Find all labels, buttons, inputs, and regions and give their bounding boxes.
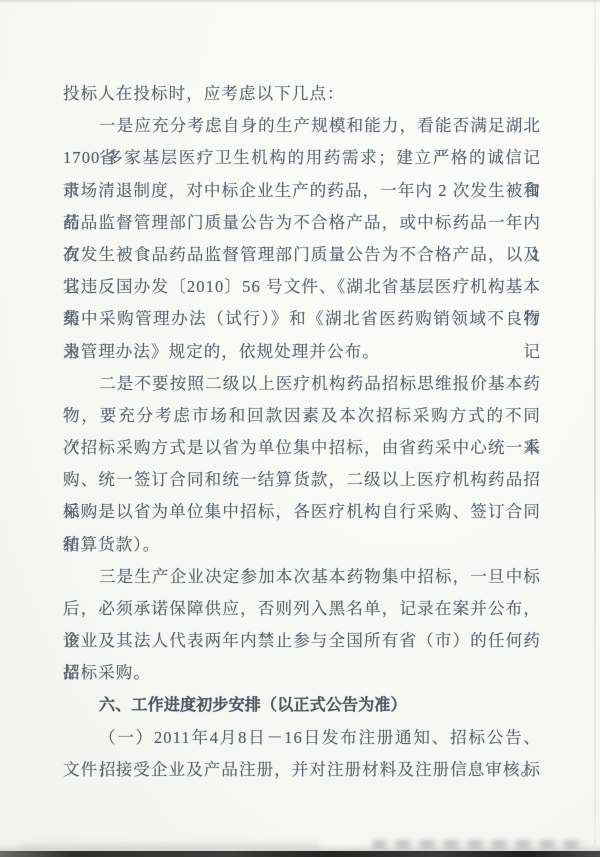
paper-top-edge: [0, 0, 600, 3]
text-line: 药品监督管理部门质量公告为不合格产品，或中标药品一年内有 1: [63, 207, 541, 239]
text-line: 次发生被食品药品监督管理部门质量公告为不合格产品，以及其: [63, 239, 541, 271]
paper-bottom-edge: [0, 844, 600, 851]
text-line: 市场清退制度，对中标企业生产的药品，一年内 2 次发生被食品: [63, 175, 541, 207]
text-line: 次招标采购方式是以省为单位集中招标，由省药采中心统一采: [63, 432, 541, 464]
text-line: 物，要充分考虑市场和回款因素及本次招标采购方式的不同（本: [63, 400, 541, 432]
text-line: 采购是以省为单位集中招标，各医疗机构自行采购、签订合同和: [63, 496, 541, 528]
text-line: 三是生产企业决定参加本次基本药物集中招标，一旦中标: [63, 561, 541, 593]
text-line: 结算货款）。: [63, 529, 541, 561]
text-line: （一）2011年4月8日－16日发布注册通知、招标公告、招标: [63, 722, 541, 754]
text-line: 二是不要按照二级以上医疗机构药品招标思维报价基本药: [63, 368, 541, 400]
paper-right-edge: [594, 0, 596, 845]
text-line: 集中采购管理办法（试行）》和《湖北省医药购销领域不良行为记: [63, 303, 541, 335]
text-line: 招标采购。: [63, 657, 541, 689]
text-line: 它违反国办发〔2010〕56 号文件、《湖北省基层医疗机构基本药物: [63, 271, 541, 303]
text-line: 1700 多家基层医疗卫生机构的用药需求；建立严格的诚信记录和: [63, 142, 541, 174]
scanned-document-page: 投标人在投标时，应考虑以下几点：一是应充分考虑自身的生产规模和能力，看能否满足湖…: [0, 0, 600, 857]
scanner-bottom-band: [0, 851, 600, 857]
section-heading-line: 六、工作进度初步安排（以正式公告为准）: [63, 690, 541, 722]
text-line: 购、统一签订合同和统一结算货款，二级以上医疗机构药品招标: [63, 464, 541, 496]
text-line: 一是应充分考虑自身的生产规模和能力，看能否满足湖北省: [63, 110, 541, 142]
text-line: 后，必须承诺保障供应，否则列入黑名单，记录在案并公布，该: [63, 593, 541, 625]
page-text: 投标人在投标时，应考虑以下几点：一是应充分考虑自身的生产规模和能力，看能否满足湖…: [63, 78, 541, 786]
text-line: 文件；接受企业及产品注册，并对注册材料及注册信息审核。: [63, 754, 541, 786]
text-line: 投标人在投标时，应考虑以下几点：: [63, 78, 541, 110]
text-line: 企业及其法人代表两年内禁止参与全国所有省（市）的任何药品: [63, 625, 541, 657]
